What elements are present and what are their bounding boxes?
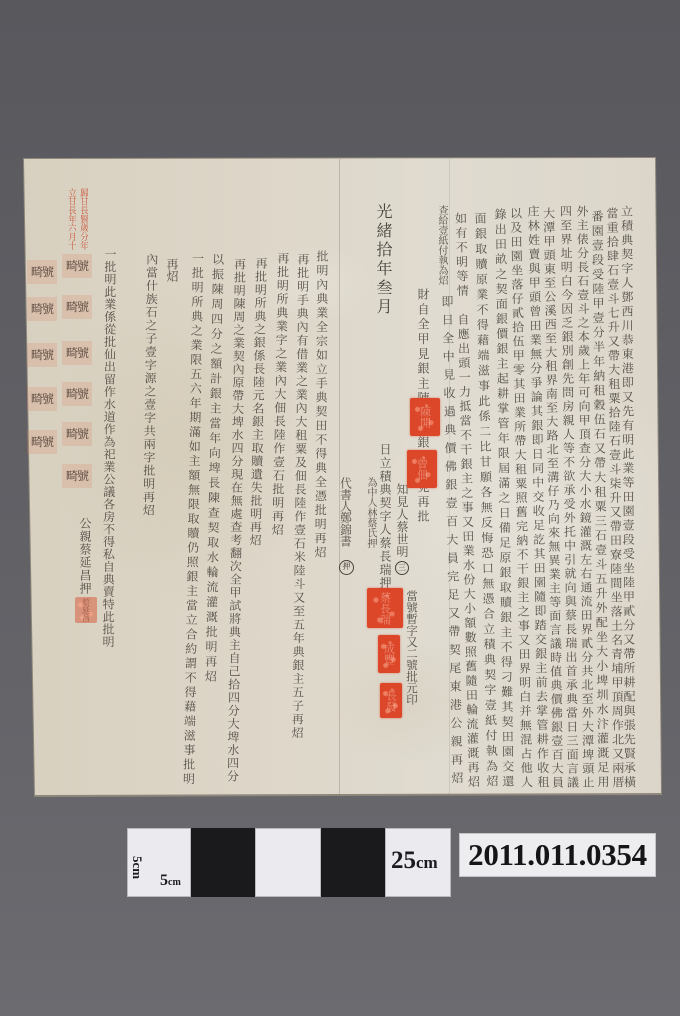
middleman-signature: 為中人林蔡氏押 [363,477,377,548]
signature-mark: 畸號 [62,254,92,278]
red-seal: 曾佃 [407,450,437,488]
left-addendum-rule: 一批明此業係從批仙出留作水道作為祀業公議各房不得私自典賣特此批明 [101,248,117,648]
left-addendum-end: 再炤 [165,258,179,282]
scale-segment-black [321,828,385,897]
scribe-signature: 代書人鄭錦書 [339,477,353,547]
signature-mark: 畸號 [62,422,92,446]
signature-mark: 畸號 [27,430,57,454]
signature-mark: 畸號 [27,260,57,284]
red-seal: 長發 [380,683,402,718]
seal-note: 當號暫字又二號批元印 [405,590,419,705]
signature-mark: 畸號 [62,382,92,406]
witness-signature: 知見人蔡世明 [395,483,409,558]
contract-date: 光緒拾年叁月 [373,203,393,317]
scale-total-suffix: cm [416,853,438,872]
scribe-mark: 押 [339,560,354,575]
witness-mark: 三 [395,561,409,575]
scale-unit-label: 5cm [160,872,181,890]
red-seal: 成豐 [378,635,400,673]
catalog-number-label: 2011.011.0354 [459,833,656,877]
contractor-signature: 日立積典契字人蔡長瑞押 [378,443,392,590]
scale-unit-suffix: cm [168,877,181,888]
scale-segment-black [191,828,255,897]
signature-mark: 畸號 [27,387,57,411]
addendum-column: 批明內典業全宗如立手典契田不得典全憑批明再炤 [313,250,329,560]
red-annotation: 歸甘長賢歲分年 [78,188,88,250]
red-seal: 陳開 [410,398,440,436]
signature-mark: 畸號 [62,464,92,488]
signature-mark: 畸號 [62,295,92,319]
red-seal: 蔡長瑞 [367,588,403,628]
red-annotation: 立甘長年六月十 [66,188,76,250]
closing-note: 查給壹紙付執為炤 [434,205,448,285]
scale-unit-number: 5 [160,872,168,889]
scale-total-label: 25cm [391,847,438,875]
mediator-seal: 蔡延昌 [75,597,97,623]
signature-mark: 畸號 [62,341,92,365]
scale-vertical-label: 5cm [129,856,145,879]
signature-mark: 畸號 [27,343,57,367]
signature-mark: 畸號 [27,297,57,321]
scale-total-number: 25 [391,847,416,874]
scale-segment-white [255,828,321,897]
mediator-signature: 公親蔡延昌押 [78,517,92,595]
